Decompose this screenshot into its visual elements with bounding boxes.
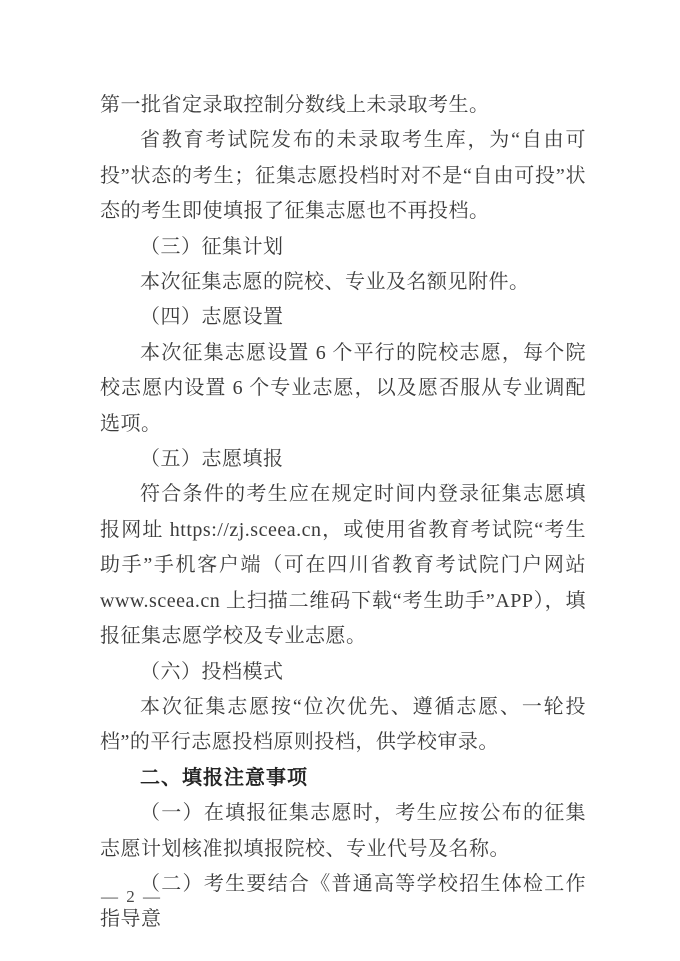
document-body: 第一批省定录取控制分数线上未录取考生。省教育考试院发布的未录取考生库，为“自由可… (100, 88, 586, 938)
paragraph: 符合条件的考生应在规定时间内登录征集志愿填报网址 https://zj.scee… (100, 477, 586, 654)
paragraph: （三）征集计划 (100, 230, 586, 265)
paragraph: （四）志愿设置 (100, 300, 586, 335)
paragraph: 省教育考试院发布的未录取考生库，为“自由可投”状态的考生；征集志愿投档时对不是“… (100, 123, 586, 229)
document-page: 第一批省定录取控制分数线上未录取考生。省教育考试院发布的未录取考生库，为“自由可… (0, 0, 680, 961)
paragraph: （六）投档模式 (100, 655, 586, 690)
page-number: — 2 — (101, 886, 162, 908)
section-heading: 二、填报注意事项 (100, 761, 586, 796)
paragraph: 本次征集志愿的院校、专业及名额见附件。 (100, 265, 586, 300)
paragraph: （五）志愿填报 (100, 442, 586, 477)
paragraph: 第一批省定录取控制分数线上未录取考生。 (100, 88, 586, 123)
paragraph: 本次征集志愿按“位次优先、遵循志愿、一轮投档”的平行志愿投档原则投档，供学校审录… (100, 690, 586, 761)
paragraph: （二）考生要结合《普通高等学校招生体检工作指导意 (100, 867, 586, 938)
paragraph: 本次征集志愿设置 6 个平行的院校志愿，每个院校志愿内设置 6 个专业志愿，以及… (100, 336, 586, 442)
paragraph: （一）在填报征集志愿时，考生应按公布的征集志愿计划核准拟填报院校、专业代号及名称… (100, 796, 586, 867)
